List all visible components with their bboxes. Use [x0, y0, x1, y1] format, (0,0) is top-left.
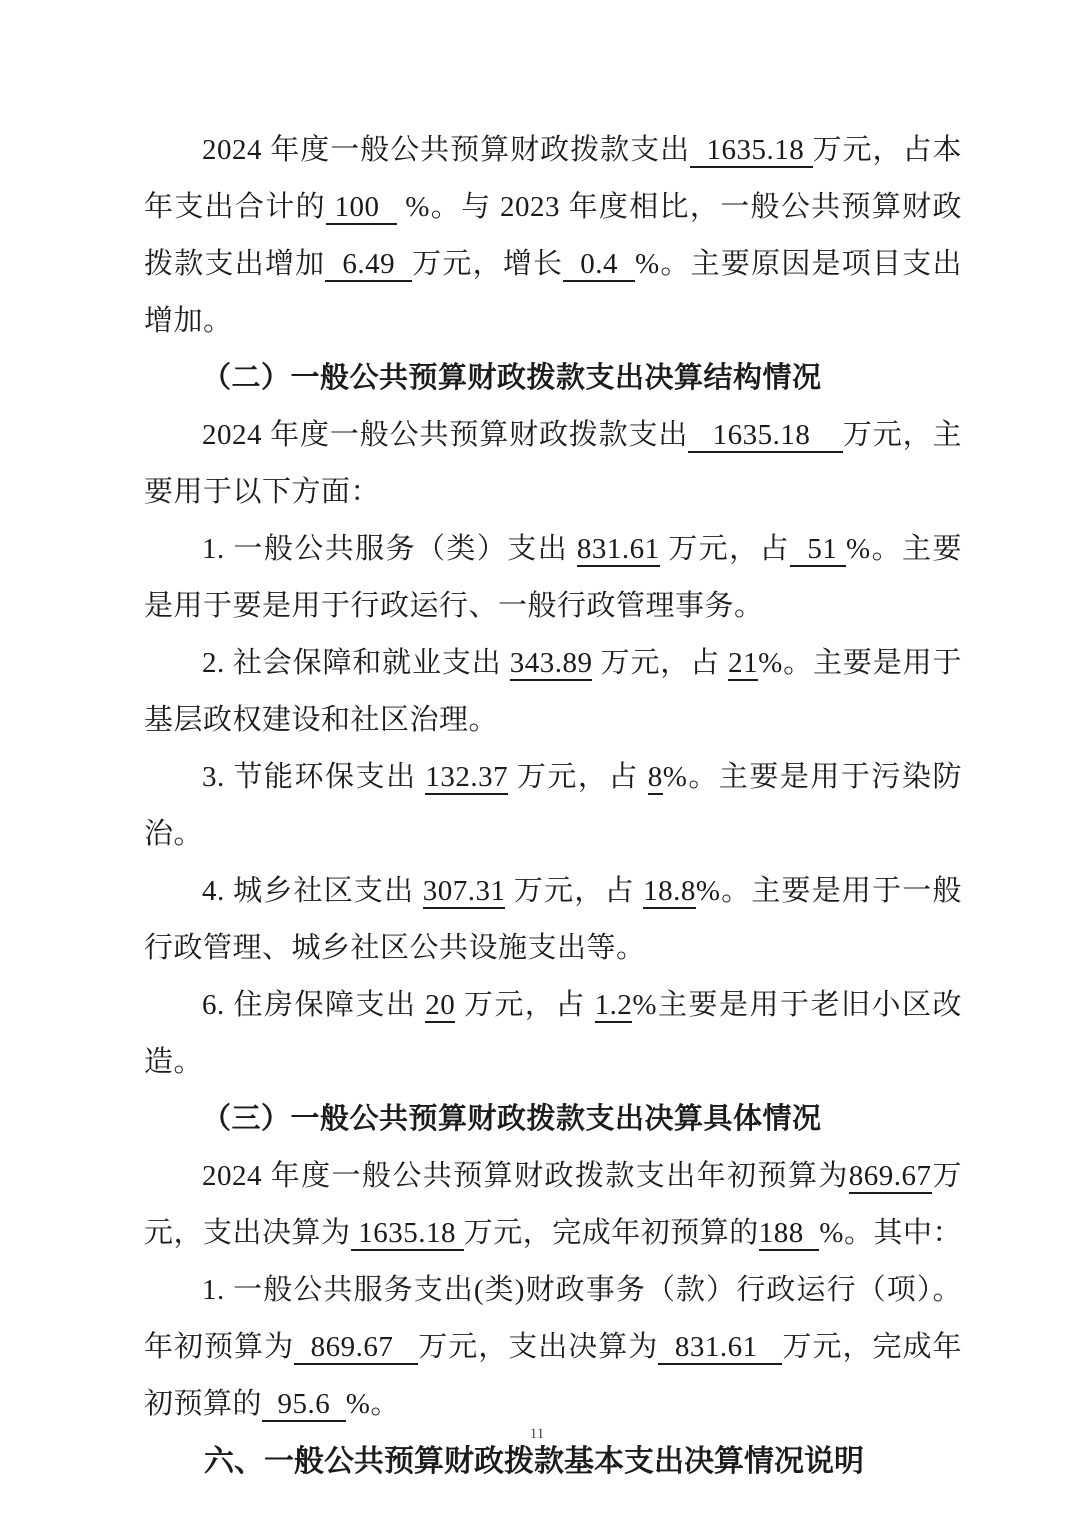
- text-run: 万元，支出决算为: [418, 1331, 658, 1363]
- underlined-value: 1.2: [595, 989, 633, 1023]
- text-run: 1. 一般公共服务（类）支出: [202, 533, 577, 565]
- list-item-housing-security: 6. 住房保障支出 20 万元，占 1.2%主要是用于老旧小区改造。: [144, 977, 962, 1091]
- text-run: 万元，完成年初预算的: [464, 1217, 759, 1249]
- text-run: 2024 年度一般公共预算财政拨款支出: [202, 134, 690, 166]
- document-page: 2024 年度一般公共预算财政拨款支出 1635.18 万元，占本年支出合计的 …: [0, 0, 1074, 1518]
- underlined-value: 1635.18: [690, 134, 812, 168]
- underlined-value: 1635.18: [688, 419, 843, 453]
- underlined-value: 869.67: [294, 1331, 418, 1365]
- page-footer: 11: [0, 1426, 1074, 1443]
- page-number: 11: [530, 1426, 544, 1442]
- text-run: 6. 住房保障支出: [202, 989, 425, 1021]
- underlined-value: 21: [728, 647, 758, 681]
- underlined-value: 100: [326, 191, 397, 225]
- text-run: %。: [346, 1388, 400, 1420]
- text-run: 万元，占: [592, 647, 728, 679]
- underlined-value: 1635.18: [351, 1217, 464, 1251]
- text-run: 万元，占: [508, 761, 648, 793]
- underlined-value: 869.67: [849, 1160, 932, 1194]
- text-run: %。其中：: [819, 1217, 962, 1249]
- text-run: 万元，增长: [412, 248, 563, 280]
- underlined-value: 6.49: [325, 248, 412, 282]
- text-run: 4. 城乡社区支出: [202, 875, 423, 907]
- underlined-value: 132.37: [425, 761, 508, 795]
- list-item-admin-operation: 1. 一般公共服务支出(类)财政事务（款）行政运行（项）。年初预算为 869.6…: [144, 1262, 962, 1433]
- paragraph-general-expenditure-summary: 2024 年度一般公共预算财政拨款支出 1635.18 万元，占本年支出合计的 …: [144, 122, 962, 350]
- list-item-urban-rural-community: 4. 城乡社区支出 307.31 万元，占 18.8%。主要是用于一般行政管理、…: [144, 863, 962, 977]
- underlined-value: 307.31: [423, 875, 506, 909]
- underlined-value: 20: [425, 989, 455, 1023]
- section-heading-structure: （二）一般公共预算财政拨款支出决算结构情况: [144, 350, 962, 407]
- list-item-energy-conservation: 3. 节能环保支出 132.37 万元，占 8%。主要是用于污染防治。: [144, 749, 962, 863]
- text-run: 万元，占: [455, 989, 594, 1021]
- underlined-value: 831.61: [577, 533, 660, 567]
- underlined-value: 8: [648, 761, 663, 795]
- text-run: 万元，占: [660, 533, 790, 565]
- document-body: 2024 年度一般公共预算财政拨款支出 1635.18 万元，占本年支出合计的 …: [144, 122, 962, 1490]
- list-item-public-services: 1. 一般公共服务（类）支出 831.61 万元，占 51 %。主要是用于要是用…: [144, 521, 962, 635]
- text-run: 2. 社会保障和就业支出: [202, 647, 510, 679]
- underlined-value: 831.61: [658, 1331, 782, 1365]
- list-item-social-security: 2. 社会保障和就业支出 343.89 万元，占 21%。主要是用于基层政权建设…: [144, 635, 962, 749]
- underlined-value: 188: [759, 1217, 820, 1251]
- section-heading-detail: （三）一般公共预算财政拨款支出决算具体情况: [144, 1091, 962, 1148]
- text-run: 2024 年度一般公共预算财政拨款支出: [202, 419, 688, 451]
- underlined-value: 95.6: [262, 1388, 346, 1422]
- underlined-value: 18.8: [643, 875, 696, 909]
- paragraph-detail-intro: 2024 年度一般公共预算财政拨款支出年初预算为869.67万元，支出决算为 1…: [144, 1148, 962, 1262]
- underlined-value: 51: [790, 533, 846, 567]
- underlined-value: 0.4: [563, 248, 635, 282]
- text-run: 2024 年度一般公共预算财政拨款支出年初预算为: [202, 1160, 849, 1192]
- text-run: 万元，占: [505, 875, 643, 907]
- paragraph-structure-intro: 2024 年度一般公共预算财政拨款支出 1635.18 万元，主要用于以下方面：: [144, 407, 962, 521]
- text-run: 3. 节能环保支出: [202, 761, 425, 793]
- underlined-value: 343.89: [510, 647, 593, 681]
